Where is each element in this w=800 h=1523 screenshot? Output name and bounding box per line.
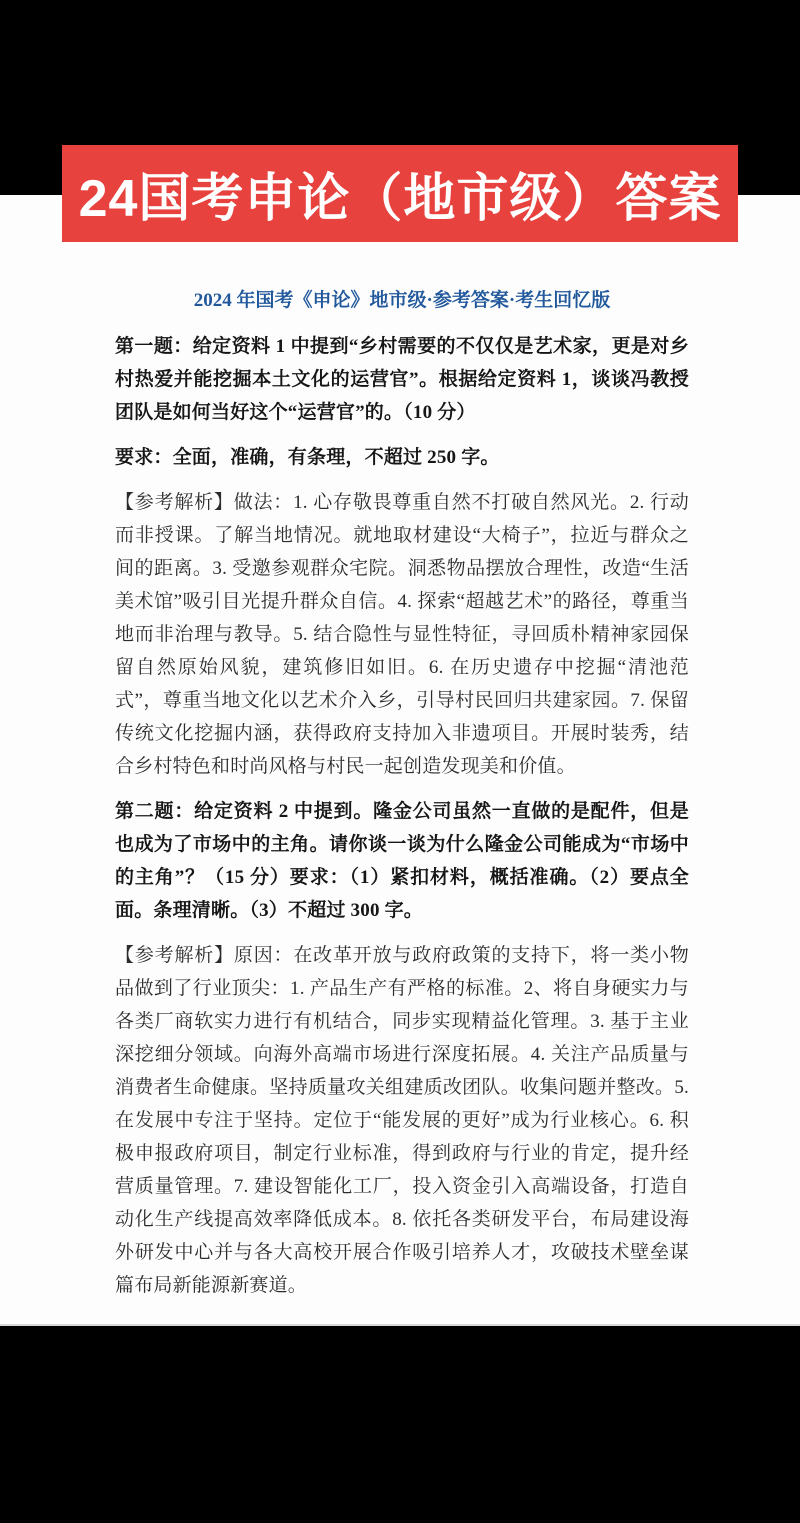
question-2-text: 第二题：给定资料 2 中提到。隆金公司虽然一直做的是配件，但是也成为了市场中的主…: [115, 795, 689, 927]
bottom-letterbox-bar: [0, 1324, 800, 1523]
headline-banner-text: 24国考申论（地市级）答案: [79, 156, 722, 231]
question-1-requirements-text: 要求：全面，准确，有条理，不超过 250 字。: [115, 441, 689, 474]
document-title: 2024 年国考《申论》地市级·参考答案·考生回忆版: [115, 288, 689, 314]
answer-2-text: 【参考解析】原因：在改革开放与政府政策的支持下，将一类小物品做到了行业顶尖：1.…: [115, 939, 689, 1302]
headline-banner: 24国考申论（地市级）答案: [62, 145, 738, 242]
question-1-text: 第一题：给定资料 1 中提到“乡村需要的不仅仅是艺术家，更是对乡村热爱并能挖掘本…: [115, 330, 689, 429]
video-frame: 24国考申论（地市级）答案 2024 年国考《申论》地市级·参考答案·考生回忆版…: [0, 0, 800, 1523]
document-body: 2024 年国考《申论》地市级·参考答案·考生回忆版 第一题：给定资料 1 中提…: [115, 288, 689, 1314]
answer-1-text: 【参考解析】做法：1. 心存敬畏尊重自然不打破自然风光。2. 行动而非授课。了解…: [115, 486, 689, 783]
